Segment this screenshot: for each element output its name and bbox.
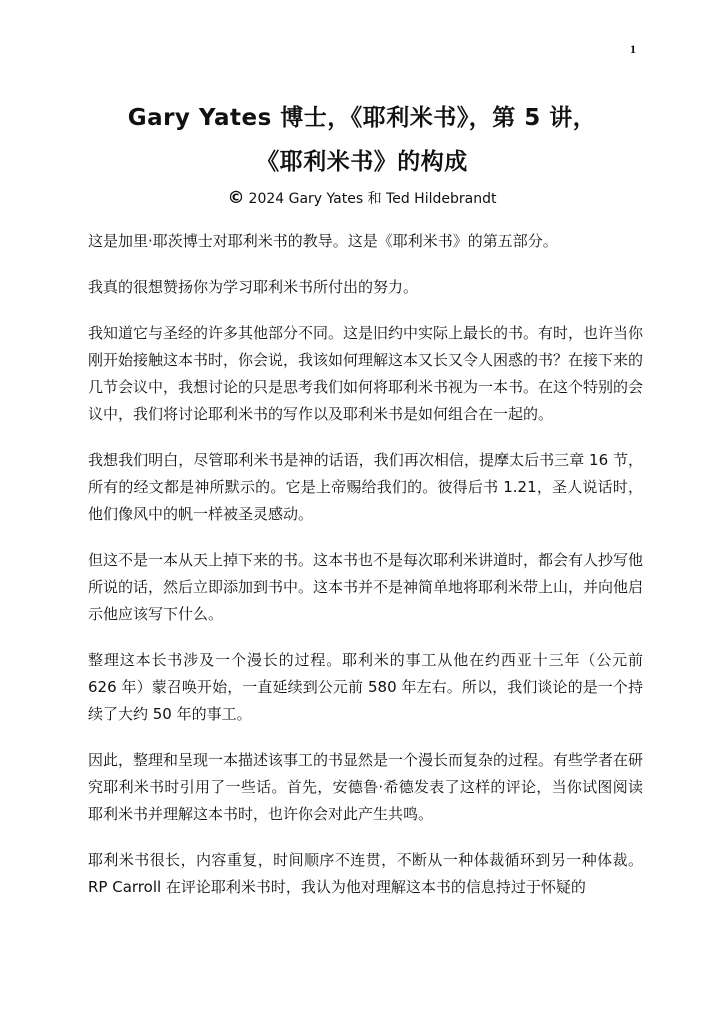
paragraph: 耶利米书很长，内容重复，时间顺序不连贯，不断从一种体裁循环到另一种体裁。RP C…	[88, 847, 643, 901]
document-title-line-2: 《耶利米书》的构成	[0, 140, 724, 184]
page-number: 1	[630, 42, 636, 57]
document-title-line-1: Gary Yates 博士，《耶利米书》，第 5 讲，	[0, 96, 724, 140]
document-header: Gary Yates 博士，《耶利米书》，第 5 讲， 《耶利米书》的构成 ©2…	[0, 96, 724, 211]
paragraph: 我知道它与圣经的许多其他部分不同。这是旧约中实际上最长的书。有时，也许当你刚开始…	[88, 320, 643, 428]
paragraph: 因此，整理和呈现一本描述该事工的书显然是一个漫长而复杂的过程。有些学者在研究耶利…	[88, 747, 643, 828]
copyright-line: ©2024 Gary Yates 和 Ted Hildebrandt	[0, 186, 724, 211]
paragraph: 整理这本长书涉及一个漫长的过程。耶利米的事工从他在约西亚十三年（公元前 626 …	[88, 647, 643, 728]
copyright-icon: ©	[228, 188, 245, 208]
paragraph: 我想我们明白，尽管耶利米书是神的话语，我们再次相信，提摩太后书三章 16 节，所…	[88, 447, 643, 528]
paragraph: 我真的很想赞扬你为学习耶利米书所付出的努力。	[88, 274, 643, 301]
paragraph: 但这不是一本从天上掉下来的书。这本书也不是每次耶利米讲道时，都会有人抄写他所说的…	[88, 547, 643, 628]
copyright-text: 2024 Gary Yates 和 Ted Hildebrandt	[249, 191, 497, 207]
document-body: 这是加里·耶茨博士对耶利米书的教导。这是《耶利米书》的第五部分。 我真的很想赞扬…	[88, 228, 643, 920]
paragraph: 这是加里·耶茨博士对耶利米书的教导。这是《耶利米书》的第五部分。	[88, 228, 643, 255]
